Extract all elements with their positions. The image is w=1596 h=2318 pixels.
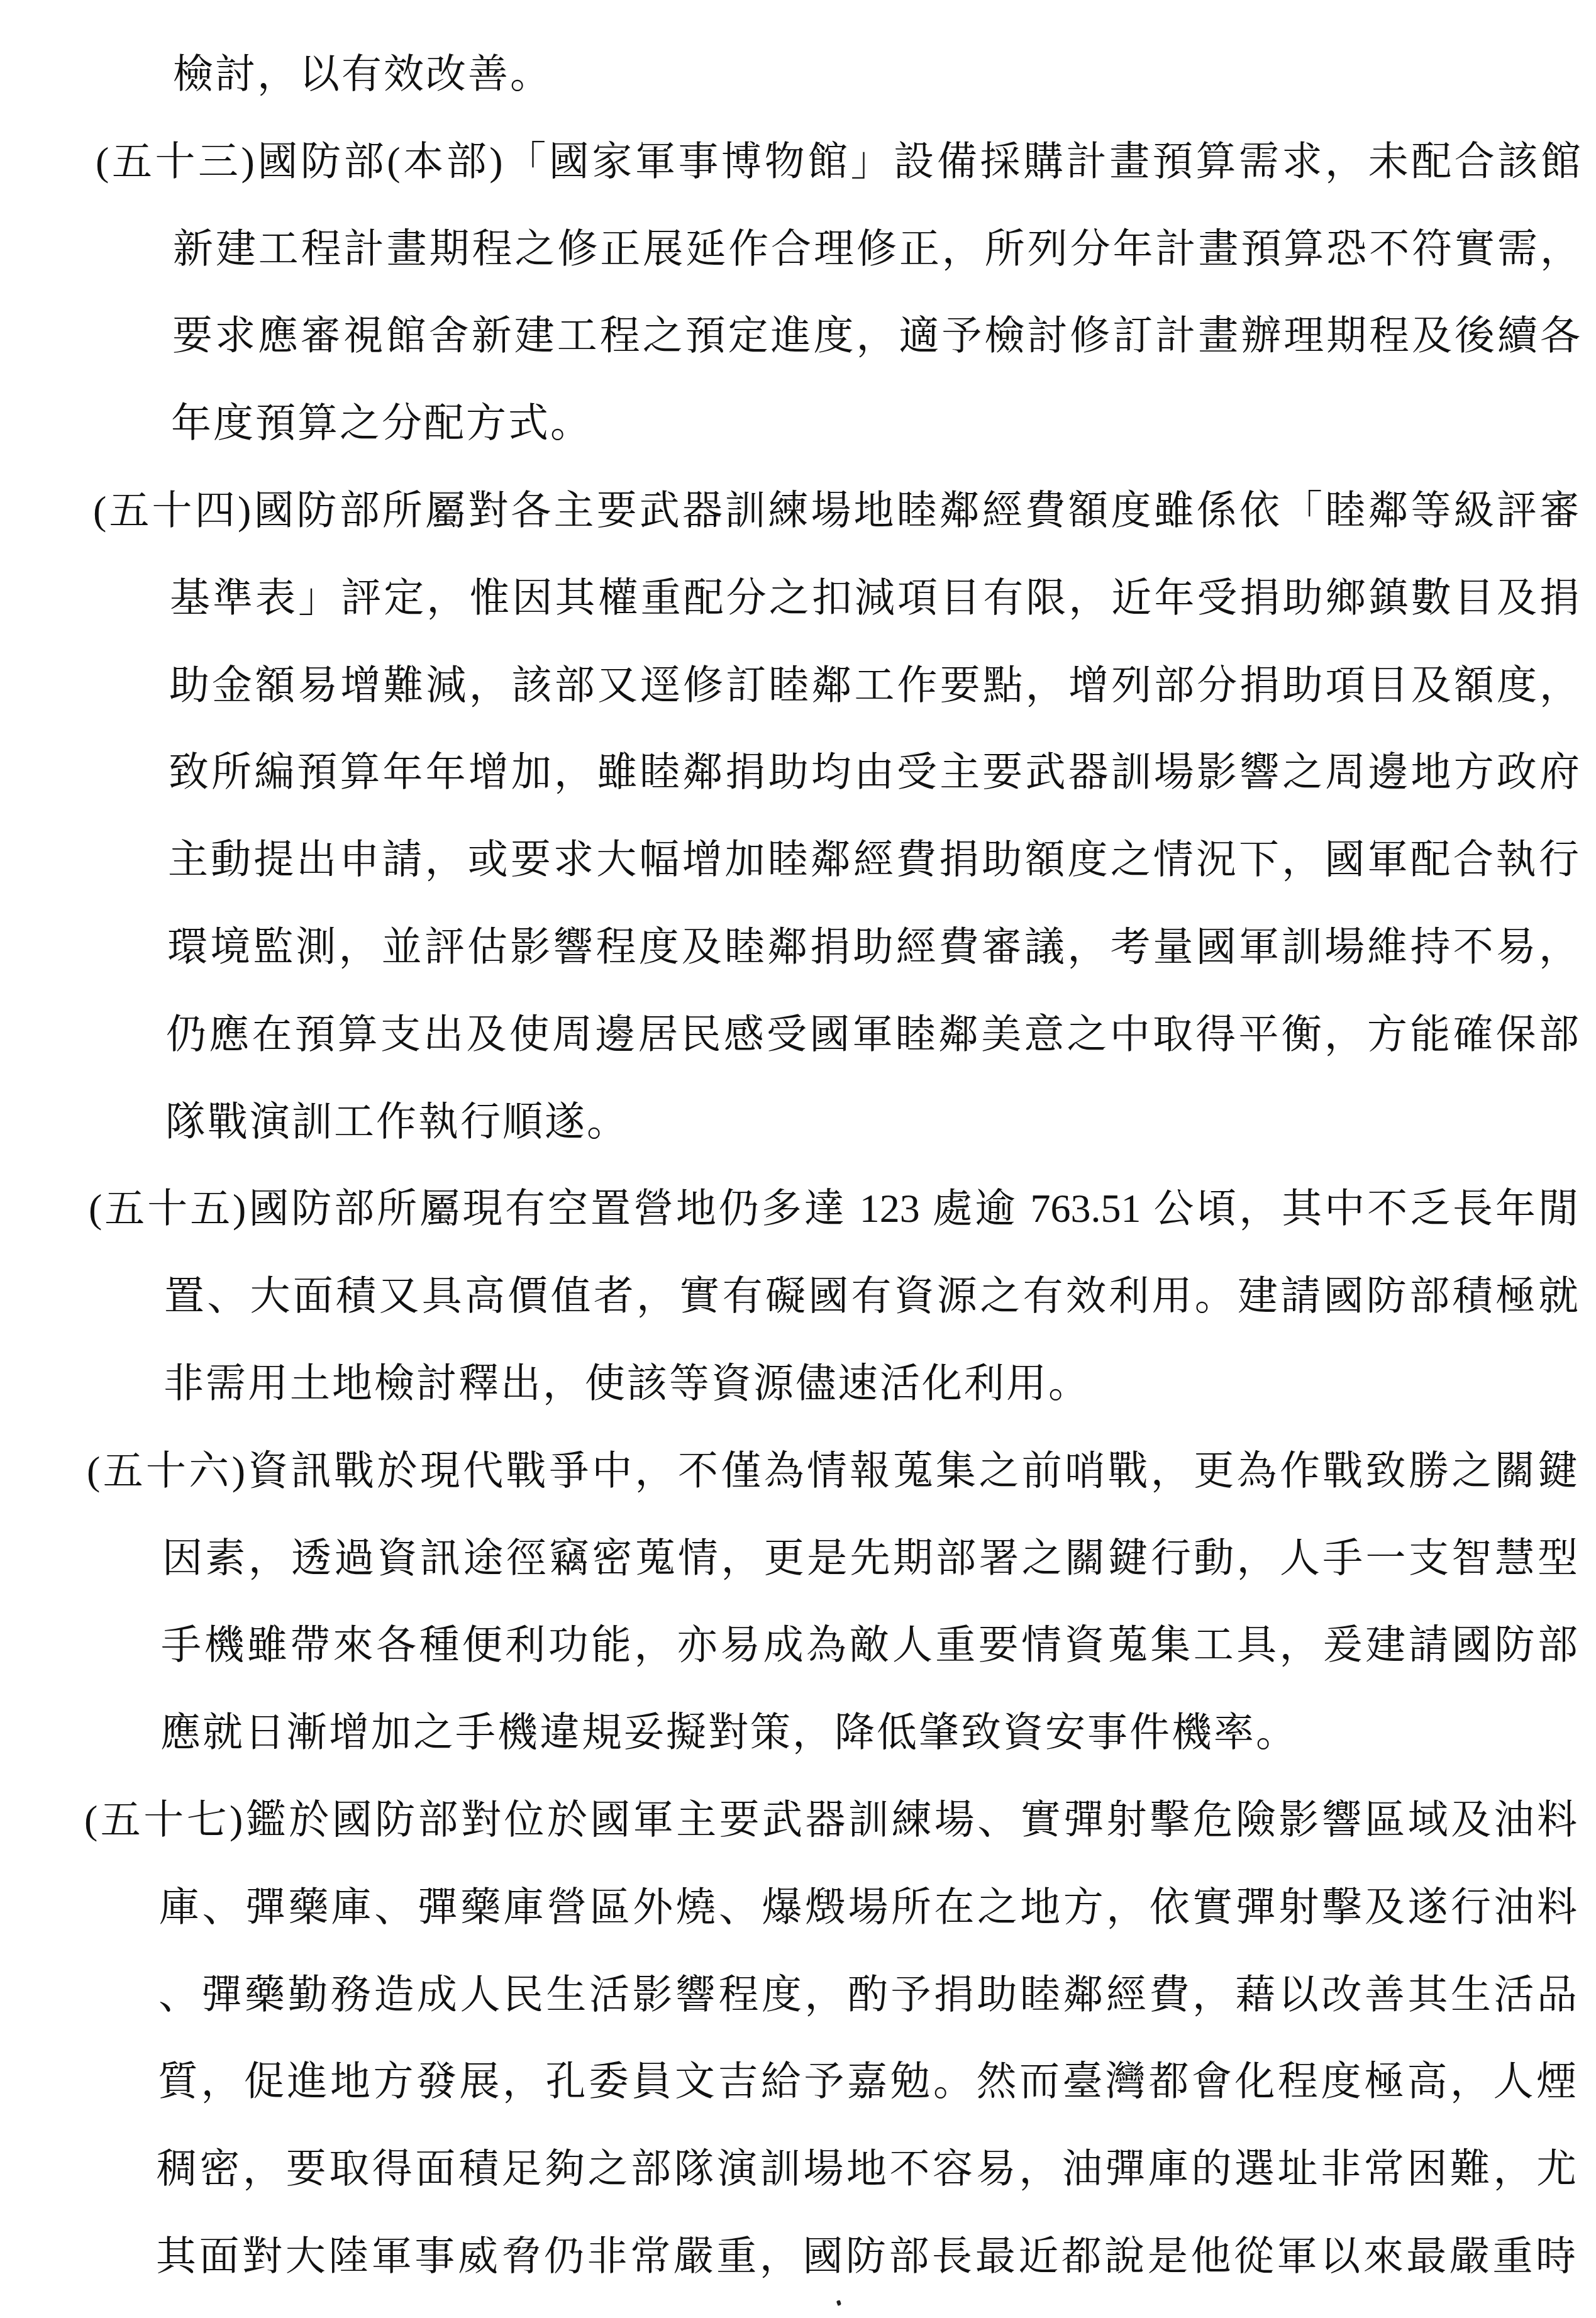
line-text: 手機雖帶來各種便利功能，亦易成為敵人重要情資蒐集工具，爰建請國防部 bbox=[161, 1622, 1578, 1667]
paragraph-line: 致所編預算年年增加，雖睦鄰捐助均由受主要武器訓場影響之周邊地方政府 bbox=[169, 747, 1580, 797]
line-text: 新建工程計畫期程之修正展延作合理修正，所列分年計畫預算恐不符實需， bbox=[173, 226, 1580, 271]
paragraph-line: 置、大面積又具高價值者，實有礙國有資源之有效利用。建請國防部積極就 bbox=[164, 1271, 1578, 1321]
item-number: (五十三) bbox=[96, 139, 255, 184]
line-text: 國防部(本部)「國家軍事博物館」設備採購計畫預算需求，未配合該館 bbox=[255, 139, 1581, 184]
paragraph-line: 因素，透過資訊途徑竊密蒐情，更是先期部署之關鍵行動，人手一支智慧型 bbox=[162, 1533, 1578, 1583]
paragraph-line: 非需用土地檢討釋出，使該等資源儘速活化利用。 bbox=[163, 1358, 1578, 1409]
paragraph-line: 應就日漸增加之手機違規妥擬對策，降低肇致資安事件機率。 bbox=[160, 1707, 1578, 1758]
paragraph-line: 檢討，以有效改善。 bbox=[173, 49, 1581, 99]
line-text: 環境監測，並評估影響程度及睦鄰捐助經費審議，考量國軍訓場維持不易， bbox=[167, 924, 1579, 969]
paragraph-line: 主動提出申請，或要求大幅增加睦鄰經費捐助額度之情況下，國軍配合執行 bbox=[168, 835, 1579, 885]
line-text: 質，促進地方發展，孔委員文吉給予嘉勉。然而臺灣都會化程度極高，人煙 bbox=[158, 2059, 1577, 2104]
paragraph-line: 仍應在預算支出及使周邊居民感受國軍睦鄰美意之中取得平衡，方能確保部 bbox=[166, 1009, 1579, 1060]
paragraph-first-line: (五十六)資訊戰於現代戰爭中，不僅為情報蒐集之前哨戰，更為作戰致勝之關鍵 bbox=[87, 1446, 1578, 1496]
item-number: (五十五) bbox=[89, 1186, 246, 1231]
line-text: 稠密，要取得面積足夠之部隊演訓場地不容易，油彈庫的選址非常困難，尤 bbox=[157, 2146, 1577, 2191]
line-text: 致所編預算年年增加，雖睦鄰捐助均由受主要武器訓場影響之周邊地方政府 bbox=[169, 750, 1580, 794]
scanned-document-page: 檢討，以有效改善。 (五十三)國防部(本部)「國家軍事博物館」設備採購計畫預算需… bbox=[0, 0, 1596, 2318]
line-text: 檢討，以有效改善。 bbox=[173, 52, 552, 96]
line-text: 其面對大陸軍事威脅仍非常嚴重，國防部長最近都說是他從軍以來最嚴重時 bbox=[156, 2234, 1576, 2278]
line-text: 要求應審視館舍新建工程之預定進度，適予檢討修訂計畫辦理期程及後續各 bbox=[172, 313, 1580, 358]
paragraph-line: 年度預算之分配方式。 bbox=[171, 398, 1580, 448]
line-text: 基準表」評定，惟因其權重配分之扣減項目有限，近年受捐助鄉鎮數目及捐 bbox=[170, 575, 1580, 620]
line-text: 鑑於國防部對位於國軍主要武器訓練場、實彈射擊危險影響區域及油料 bbox=[243, 1797, 1577, 1842]
item-number: (五十六) bbox=[87, 1448, 245, 1493]
line-text: 隊戰演訓工作執行順遂。 bbox=[165, 1099, 629, 1144]
line-text: 置、大面積又具高價值者，實有礙國有資源之有效利用。建請國防部積極就 bbox=[164, 1273, 1578, 1318]
line-text: 年度預算之分配方式。 bbox=[171, 401, 592, 445]
paragraph-line: 其面對大陸軍事威脅仍非常嚴重，國防部長最近都說是他從軍以來最嚴重時 bbox=[156, 2231, 1576, 2282]
line-text: 因素，透過資訊途徑竊密蒐情，更是先期部署之關鍵行動，人手一支智慧型 bbox=[162, 1536, 1578, 1580]
paragraph-line: 助金額易增難減，該部又逕修訂睦鄰工作要點，增列部分捐助項目及額度， bbox=[169, 660, 1580, 711]
paragraph-line: 隊戰演訓工作執行順遂。 bbox=[165, 1097, 1579, 1147]
paragraph-line: 手機雖帶來各種便利功能，亦易成為敵人重要情資蒐集工具，爰建請國防部 bbox=[161, 1620, 1578, 1670]
paragraph-line: 庫、彈藥庫、彈藥庫營區外燒、爆燬場所在之地方，依實彈射擊及遂行油料 bbox=[159, 1882, 1577, 1933]
paragraph-first-line: (五十三)國防部(本部)「國家軍事博物館」設備採購計畫預算需求，未配合該館 bbox=[96, 136, 1581, 187]
paragraph-line: 稠密，要取得面積足夠之部隊演訓場地不容易，油彈庫的選址非常困難，尤 bbox=[157, 2144, 1577, 2194]
item-number: (五十七) bbox=[84, 1797, 243, 1842]
line-text: 國防部所屬現有空置營地仍多達 123 處逾 763.51 公頃，其中不乏長年閒 bbox=[246, 1186, 1578, 1231]
line-text: 主動提出申請，或要求大幅增加睦鄰經費捐助額度之情況下，國軍配合執行 bbox=[168, 837, 1579, 882]
line-text: 國防部所屬對各主要武器訓練場地睦鄰經費額度雖係依「睦鄰等級評審 bbox=[251, 488, 1580, 533]
line-text: 、彈藥勤務造成人民生活影響程度，酌予捐助睦鄰經費，藉以改善其生活品 bbox=[158, 1972, 1577, 2017]
paragraph-line: 、彈藥勤務造成人民生活影響程度，酌予捐助睦鄰經費，藉以改善其生活品 bbox=[158, 1970, 1577, 2020]
line-text: 資訊戰於現代戰爭中，不僅為情報蒐集之前哨戰，更為作戰致勝之關鍵 bbox=[245, 1448, 1578, 1493]
item-number: (五十四) bbox=[93, 488, 251, 533]
line-text: 仍應在預算支出及使周邊居民感受國軍睦鄰美意之中取得平衡，方能確保部 bbox=[166, 1012, 1579, 1056]
line-text: 助金額易增難減，該部又逕修訂睦鄰工作要點，增列部分捐助項目及額度， bbox=[169, 663, 1580, 707]
line-text: 應就日漸增加之手機違規妥擬對策，降低肇致資安事件機率。 bbox=[160, 1710, 1298, 1755]
paragraph-first-line: (五十七)鑑於國防部對位於國軍主要武器訓練場、實彈射擊危險影響區域及油料 bbox=[84, 1795, 1577, 1845]
paragraph-first-line: (五十四)國防部所屬對各主要武器訓練場地睦鄰經費額度雖係依「睦鄰等級評審 bbox=[93, 485, 1580, 536]
paragraph-first-line: (五十五)國防部所屬現有空置營地仍多達 123 處逾 763.51 公頃，其中不… bbox=[89, 1184, 1578, 1234]
cutoff-glyph-fragment bbox=[836, 2300, 841, 2306]
paragraph-line: 基準表」評定，惟因其權重配分之扣減項目有限，近年受捐助鄉鎮數目及捐 bbox=[170, 573, 1580, 623]
line-text: 庫、彈藥庫、彈藥庫營區外燒、爆燬場所在之地方，依實彈射擊及遂行油料 bbox=[159, 1885, 1577, 1929]
paragraph-line: 質，促進地方發展，孔委員文吉給予嘉勉。然而臺灣都會化程度極高，人煙 bbox=[158, 2056, 1577, 2107]
line-text: 非需用土地檢討釋出，使該等資源儘速活化利用。 bbox=[163, 1361, 1090, 1406]
paragraph-line: 新建工程計畫期程之修正展延作合理修正，所列分年計畫預算恐不符實需， bbox=[173, 224, 1580, 274]
paragraph-line: 要求應審視館舍新建工程之預定進度，適予檢討修訂計畫辦理期程及後續各 bbox=[172, 311, 1580, 361]
paragraph-line: 環境監測，並評估影響程度及睦鄰捐助經費審議，考量國軍訓場維持不易， bbox=[167, 922, 1579, 972]
